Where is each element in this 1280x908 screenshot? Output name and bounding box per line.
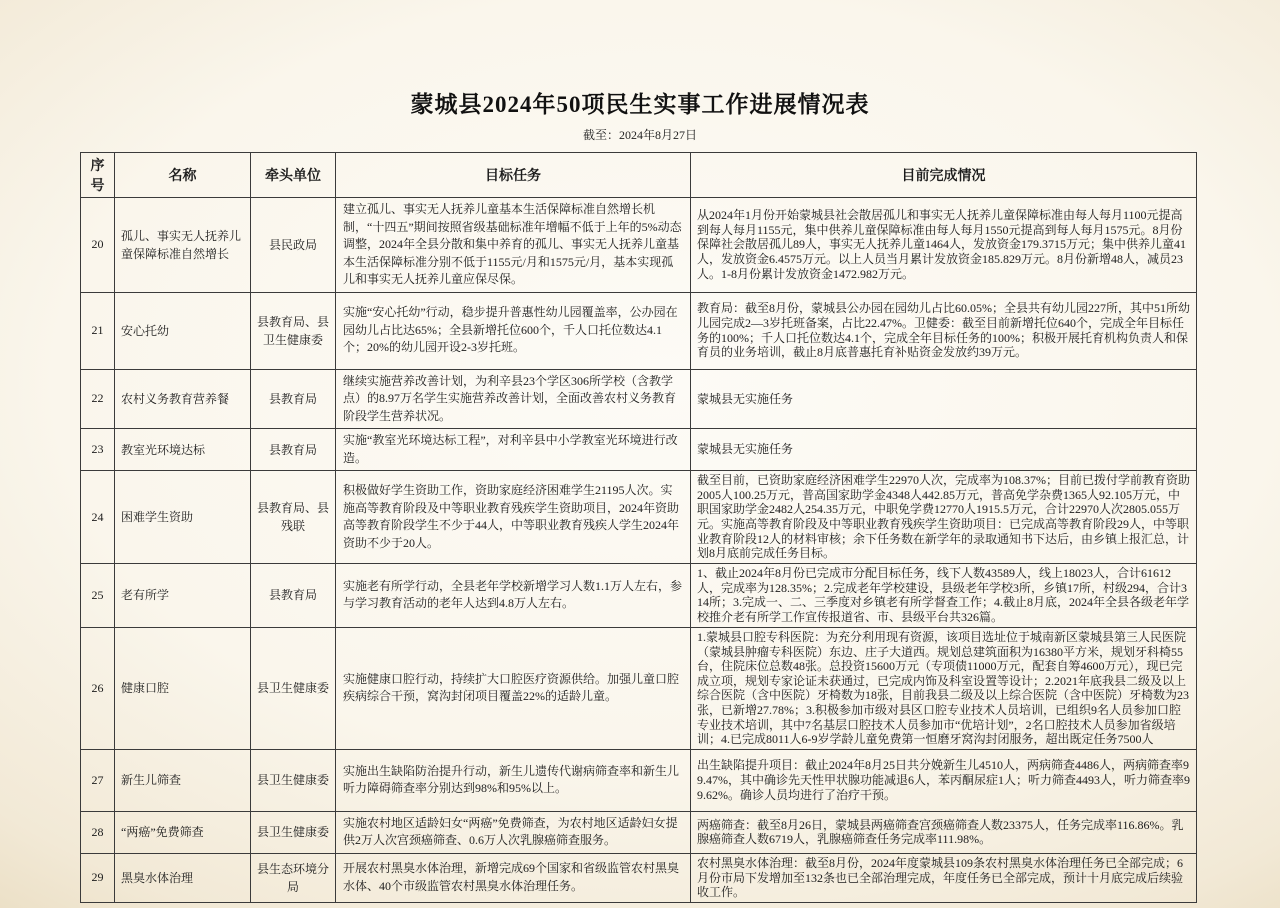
cell-target-task: 实施出生缺陷防治提升行动，新生儿遗传代谢病筛查率和新生儿听力障碍筛查率分别达到9… xyxy=(336,749,691,811)
header-completion-status: 目前完成情况 xyxy=(691,153,1197,198)
cell-name: 教室光环境达标 xyxy=(115,429,251,471)
table-row: 28“两癌”免费筛查县卫生健康委实施农村地区适龄妇女“两癌”免费筛查，为农村地区… xyxy=(81,811,1197,853)
header-target-task: 目标任务 xyxy=(336,153,691,198)
cell-lead-unit: 县卫生健康委 xyxy=(251,749,336,811)
cell-lead-unit: 县教育局 xyxy=(251,563,336,627)
cell-serial-number: 27 xyxy=(81,749,115,811)
cell-target-task: 实施农村地区适龄妇女“两癌”免费筛查，为农村地区适龄妇女提供2万人次宫颈癌筛查、… xyxy=(336,811,691,853)
cell-target-task: 开展农村黑臭水体治理，新增完成69个国家和省级监管农村黑臭水体、40个市级监管农… xyxy=(336,853,691,902)
cell-serial-number: 28 xyxy=(81,811,115,853)
cell-lead-unit: 县民政局 xyxy=(251,198,336,293)
cell-completion: 蒙城县无实施任务 xyxy=(691,369,1197,429)
cell-target-task: 积极做好学生资助工作，资助家庭经济困难学生21195人次。实施高等教育阶段及中等… xyxy=(336,471,691,564)
cell-target-task: 实施“教室光环境达标工程”，对利辛县中小学教室光环境进行改造。 xyxy=(336,429,691,471)
cell-completion: 1.蒙城县口腔专科医院：为充分利用现有资源，该项目选址位于城南新区蒙城县第三人民… xyxy=(691,627,1197,749)
table-row: 21安心托幼县教育局、县卫生健康委实施“安心托幼”行动，稳步提升普惠性幼儿园覆盖… xyxy=(81,292,1197,369)
table-row: 27新生儿筛查县卫生健康委实施出生缺陷防治提升行动，新生儿遗传代谢病筛查率和新生… xyxy=(81,749,1197,811)
page-title: 蒙城县2024年50项民生实事工作进展情况表 xyxy=(0,86,1280,119)
cell-lead-unit: 县教育局 xyxy=(251,429,336,471)
table-body: 20孤儿、事实无人抚养儿童保障标准自然增长县民政局建立孤儿、事实无人抚养儿童基本… xyxy=(81,198,1197,903)
table-row: 23教室光环境达标县教育局实施“教室光环境达标工程”，对利辛县中小学教室光环境进… xyxy=(81,429,1197,471)
cell-serial-number: 29 xyxy=(81,853,115,902)
header-lead-unit: 牵头单位 xyxy=(251,153,336,198)
cell-lead-unit: 县卫生健康委 xyxy=(251,627,336,749)
cell-name: 健康口腔 xyxy=(115,627,251,749)
table-row: 29黑臭水体治理县生态环境分局开展农村黑臭水体治理，新增完成69个国家和省级监管… xyxy=(81,853,1197,902)
table-row: 22农村义务教育营养餐县教育局继续实施营养改善计划，为利辛县23个学区306所学… xyxy=(81,369,1197,429)
cell-completion: 农村黑臭水体治理：截至8月份，2024年度蒙城县109条农村黑臭水体治理任务已全… xyxy=(691,853,1197,902)
cell-target-task: 建立孤儿、事实无人抚养儿童基本生活保障标准自然增长机制，“十四五”期间按照省级基… xyxy=(336,198,691,293)
cell-name: 黑臭水体治理 xyxy=(115,853,251,902)
table-row: 25老有所学县教育局实施老有所学行动，全县老年学校新增学习人数1.1万人左右，参… xyxy=(81,563,1197,627)
as-of-date: 截至：2024年8月27日 xyxy=(0,126,1280,143)
table-header-row: 序号 名称 牵头单位 目标任务 目前完成情况 xyxy=(81,153,1197,198)
progress-table: 序号 名称 牵头单位 目标任务 目前完成情况 20孤儿、事实无人抚养儿童保障标准… xyxy=(80,152,1197,903)
cell-serial-number: 21 xyxy=(81,292,115,369)
cell-name: 孤儿、事实无人抚养儿童保障标准自然增长 xyxy=(115,198,251,293)
cell-target-task: 继续实施营养改善计划，为利辛县23个学区306所学校（含教学点）的8.97万名学… xyxy=(336,369,691,429)
cell-lead-unit: 县生态环境分局 xyxy=(251,853,336,902)
cell-target-task: 实施“安心托幼”行动，稳步提升普惠性幼儿园覆盖率，公办园在园幼儿占比达65%；全… xyxy=(336,292,691,369)
cell-completion: 截至目前，已资助家庭经济困难学生22970人次，完成率为108.37%；目前已拨… xyxy=(691,471,1197,564)
cell-lead-unit: 县教育局、县卫生健康委 xyxy=(251,292,336,369)
cell-lead-unit: 县教育局、县残联 xyxy=(251,471,336,564)
cell-lead-unit: 县教育局 xyxy=(251,369,336,429)
table-row: 24困难学生资助县教育局、县残联积极做好学生资助工作，资助家庭经济困难学生211… xyxy=(81,471,1197,564)
cell-completion: 出生缺陷提升项目：截止2024年8月25日共分娩新生儿4510人，两病筛查448… xyxy=(691,749,1197,811)
cell-target-task: 实施老有所学行动，全县老年学校新增学习人数1.1万人左右，参与学习教育活动的老年… xyxy=(336,563,691,627)
cell-name: 安心托幼 xyxy=(115,292,251,369)
cell-serial-number: 23 xyxy=(81,429,115,471)
cell-serial-number: 20 xyxy=(81,198,115,293)
cell-serial-number: 22 xyxy=(81,369,115,429)
cell-name: “两癌”免费筛查 xyxy=(115,811,251,853)
cell-completion: 从2024年1月份开始蒙城县社会散居孤儿和事实无人抚养儿童保障标准由每人每月11… xyxy=(691,198,1197,293)
cell-completion: 两癌筛查：截至8月26日，蒙城县两癌筛查宫颈癌筛查人数23375人，任务完成率1… xyxy=(691,811,1197,853)
cell-lead-unit: 县卫生健康委 xyxy=(251,811,336,853)
cell-serial-number: 26 xyxy=(81,627,115,749)
table-row: 26健康口腔县卫生健康委实施健康口腔行动，持续扩大口腔医疗资源供给。加强儿童口腔… xyxy=(81,627,1197,749)
cell-name: 农村义务教育营养餐 xyxy=(115,369,251,429)
cell-serial-number: 24 xyxy=(81,471,115,564)
cell-completion: 教育局：截至8月份，蒙城县公办园在园幼儿占比60.05%；全县共有幼儿园227所… xyxy=(691,292,1197,369)
table-row: 20孤儿、事实无人抚养儿童保障标准自然增长县民政局建立孤儿、事实无人抚养儿童基本… xyxy=(81,198,1197,293)
cell-completion: 1、截止2024年8月份已完成市分配目标任务，线下人数43589人，线上1802… xyxy=(691,563,1197,627)
cell-target-task: 实施健康口腔行动，持续扩大口腔医疗资源供给。加强儿童口腔疾病综合干预，窝沟封闭项… xyxy=(336,627,691,749)
cell-completion: 蒙城县无实施任务 xyxy=(691,429,1197,471)
scanned-document-page: 蒙城县2024年50项民生实事工作进展情况表 截至：2024年8月27日 序号 … xyxy=(0,0,1280,908)
cell-name: 新生儿筛查 xyxy=(115,749,251,811)
cell-serial-number: 25 xyxy=(81,563,115,627)
cell-name: 困难学生资助 xyxy=(115,471,251,564)
header-name: 名称 xyxy=(115,153,251,198)
cell-name: 老有所学 xyxy=(115,563,251,627)
header-serial-number: 序号 xyxy=(81,153,115,198)
